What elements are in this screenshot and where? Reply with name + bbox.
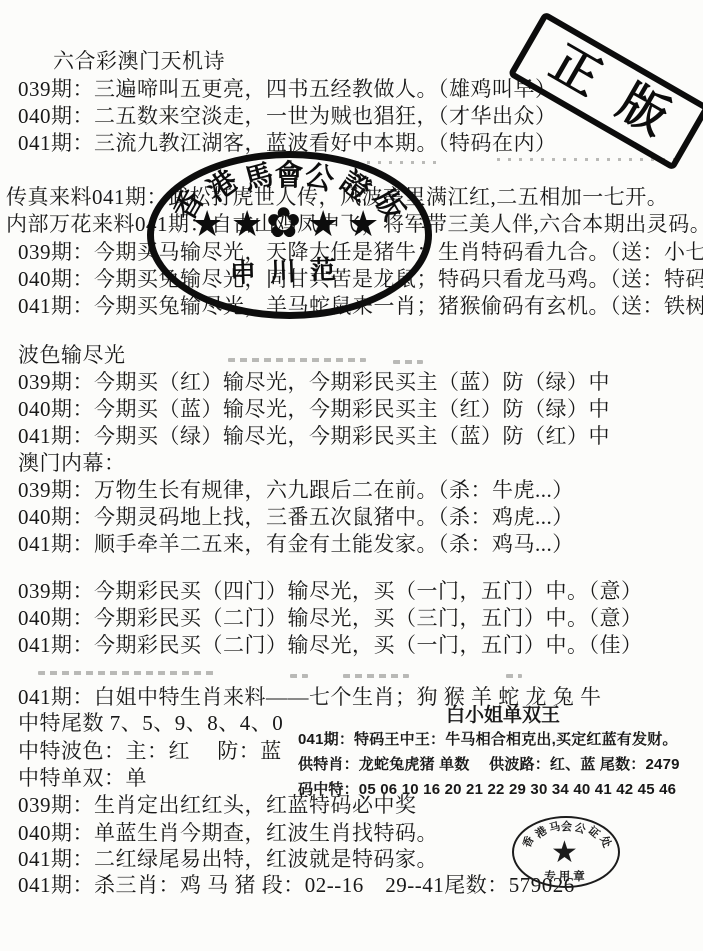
star-icon: ★ xyxy=(551,838,578,868)
wave-section-header: 波色输尽光 xyxy=(18,344,126,367)
erased-text-smudge xyxy=(228,358,366,362)
final-line: 040期：单蓝生肖今期查，红波生肖找特码。 xyxy=(18,822,438,845)
notary-stamp-small: 香 港 马 会 公 证 处 ★ 专用章 xyxy=(512,816,620,888)
baixiaojie-line: 041期：特码王中王：牛马相合相克出,买定红蓝有发财。 xyxy=(298,728,678,749)
erased-text-smudge xyxy=(290,674,308,678)
star-icon: ★ xyxy=(307,207,339,243)
baixiaojie-line: 供特肖：龙蛇兔虎猪 单数 供波路：红、蓝 尾数：2479 xyxy=(298,753,680,774)
erased-text-smudge xyxy=(343,674,409,678)
wave-line: 040期：今期买（蓝）输尽光，今期彩民买主（红）防（绿）中 xyxy=(18,398,610,421)
door-line: 041期：今期彩民买（二门）输尽光，买（一门，五门）中。（佳） xyxy=(18,634,643,657)
document-page: 六合彩澳门天机诗 039期：三遍啼叫五更亮，四书五经教做人。（雄鸡叫早） 040… xyxy=(0,0,703,951)
star-icon: ★ xyxy=(347,207,379,243)
stamp-bottom-text: 申川范 xyxy=(229,249,350,290)
zhengban-char: 版 xyxy=(610,78,676,144)
final-line: 041期：二红绿尾易出特，红波就是特码家。 xyxy=(18,848,438,871)
zhengban-char: 正 xyxy=(542,39,608,105)
stamp-arc-char: 会 xyxy=(560,819,573,832)
notary-stamp-large: 香 港 馬 會 公 證 版 ★ ★ ✿ ★ ★ 申川范 xyxy=(147,151,432,319)
star-icon: ★ xyxy=(231,207,263,243)
erased-text-smudge xyxy=(506,674,522,678)
erased-text-smudge xyxy=(393,360,423,364)
macau-line: 039期：万物生长有规律，六九跟后二在前。（杀：牛虎...） xyxy=(18,479,574,502)
final-line: 041期：杀三肖：鸡 马 猪 段：02--16 29--41尾数：579026 xyxy=(18,874,575,897)
macau-line: 040期：今期灵码地上找，三番五次鼠猪中。（杀：鸡虎...） xyxy=(18,506,574,529)
stamp-bottom-text: 专用章 xyxy=(544,868,588,884)
poem-line: 039期：三遍啼叫五更亮，四书五经教做人。（雄鸡叫早） xyxy=(18,78,557,101)
zhongte-line: 中特尾数 7、5、9、8、4、0 xyxy=(18,712,283,735)
macau-section-header: 澳门内幕： xyxy=(18,452,126,475)
star-icon: ★ xyxy=(191,207,223,243)
page-title: 六合彩澳门天机诗 xyxy=(53,50,225,73)
wave-line: 039期：今期买（红）输尽光，今期彩民买主（蓝）防（绿）中 xyxy=(18,371,610,394)
door-line: 040期：今期彩民买（二门）输尽光，买（三门，五门）中。（意） xyxy=(18,607,643,630)
macau-line: 041期：顺手牵羊二五来，有金有土能发家。（杀：鸡马...） xyxy=(18,533,574,556)
flower-icon: ✿ xyxy=(266,202,301,244)
poem-line: 040期：二五数来空淡走，一世为贼也猖狂，（才华出众） xyxy=(18,105,557,128)
baixiaojie-title: 白小姐单双王 xyxy=(446,700,560,727)
final-line: 039期：生肖定出红红头，红蓝特码必中奖 xyxy=(18,794,417,817)
zhongte-line: 中特单双：单 xyxy=(18,767,147,790)
wave-line: 041期：今期买（绿）输尽光，今期彩民买主（蓝）防（红）中 xyxy=(18,425,610,448)
erased-text-smudge xyxy=(38,671,218,675)
door-line: 039期：今期彩民买（四门）输尽光，买（一门，五门）中。（意） xyxy=(18,580,643,603)
zhongte-line: 中特波色：主：红 防：蓝 xyxy=(18,740,282,763)
